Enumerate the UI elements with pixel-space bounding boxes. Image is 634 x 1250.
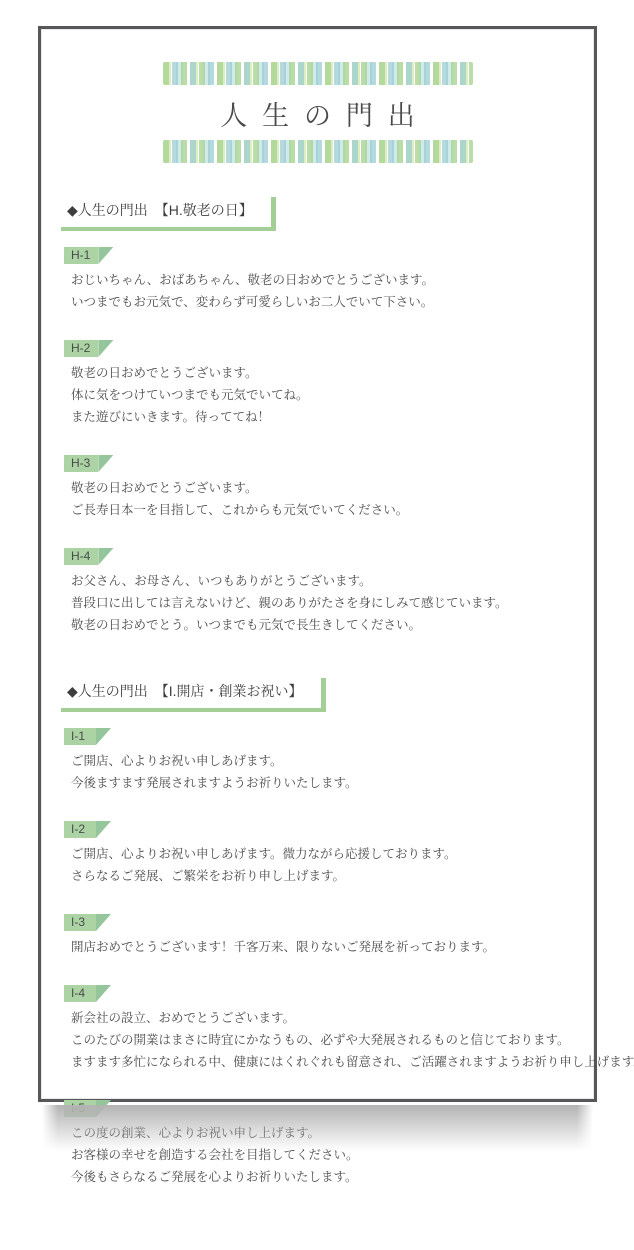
section-heading: ◆人生の門出 【I.開店・創業お祝い】	[61, 678, 326, 712]
section-heading: ◆人生の門出 【H.敬老の日】	[61, 197, 276, 231]
page-drop-shadow	[42, 1105, 593, 1151]
watercolor-stripe-band-bottom	[163, 140, 473, 163]
message-line: 体に気をつけていつまでも元気でいてね。	[71, 384, 582, 406]
message-line: ご開店、心よりお祝い申しあげます。	[71, 750, 582, 772]
message-badge: I-2	[64, 821, 96, 838]
message-line: いつまでもお元気で、変わらず可愛らしいお二人でいて下さい。	[71, 291, 582, 313]
message-block: I-2 ご開店、心よりお祝い申しあげます。微力ながら応援しております。 さらなる…	[64, 820, 582, 887]
message-line: お父さん、お母さん、いつもありがとうございます。	[71, 570, 582, 592]
message-block: I-4 新会社の設立、おめでとうございます。 このたびの開業はまさに時宜にかなう…	[64, 984, 582, 1073]
message-line: また遊びにいきます。待っててね！	[71, 406, 582, 428]
message-block: I-3 開店おめでとうございます！千客万来、限りないご発展を祈っております。	[64, 913, 582, 958]
message-line: 普段口に出しては言えないけど、親のありがたさを身にしみて感じています。	[71, 592, 582, 614]
message-badge: H-4	[64, 548, 98, 565]
page-content: 人生の門出 ◆人生の門出 【H.敬老の日】 H-1 おじいちゃん、おばあちゃん、…	[41, 62, 594, 1188]
section-keirou-no-hi: ◆人生の門出 【H.敬老の日】 H-1 おじいちゃん、おばあちゃん、敬老の日おめ…	[61, 163, 582, 636]
message-line: 敬老の日おめでとうございます。	[71, 477, 582, 499]
message-line: このたびの開業はまさに時宜にかなうもの、必ずや大発展されるものと信じております。	[71, 1029, 582, 1051]
message-line: ご長寿日本一を目指して、これからも元気でいてください。	[71, 499, 582, 521]
message-block: H-1 おじいちゃん、おばあちゃん、敬老の日おめでとうございます。 いつまでもお…	[64, 246, 582, 313]
message-line: 今後ますます発展されますようお祈りいたします。	[71, 772, 582, 794]
message-line: ますます多忙になられる中、健康にはくれぐれも留意され、ご活躍されますようお祈り申…	[71, 1051, 582, 1073]
message-block: H-2 敬老の日おめでとうございます。 体に気をつけていつまでも元気でいてね。 …	[64, 339, 582, 428]
message-line: 今後もさらなるご発展を心よりお祈りいたします。	[71, 1166, 582, 1188]
message-line: おじいちゃん、おばあちゃん、敬老の日おめでとうございます。	[71, 269, 582, 291]
message-line: 敬老の日おめでとうございます。	[71, 362, 582, 384]
message-badge: H-1	[64, 247, 98, 264]
message-block: H-3 敬老の日おめでとうございます。 ご長寿日本一を目指して、これからも元気で…	[64, 454, 582, 521]
message-badge: H-2	[64, 340, 98, 357]
message-line: 敬老の日おめでとう。いつまでも元気で長生きしてください。	[71, 614, 582, 636]
watercolor-stripe-band-top	[163, 62, 473, 85]
message-badge: I-4	[64, 985, 96, 1002]
page-title: 人生の門出	[53, 94, 582, 133]
message-line: ご開店、心よりお祝い申しあげます。微力ながら応援しております。	[71, 843, 582, 865]
message-line: 新会社の設立、おめでとうございます。	[71, 1007, 582, 1029]
message-block: H-4 お父さん、お母さん、いつもありがとうございます。 普段口に出しては言えな…	[64, 547, 582, 636]
message-line: さらなるご発展、ご繁栄をお祈り申し上げます。	[71, 865, 582, 887]
page-card: 人生の門出 ◆人生の門出 【H.敬老の日】 H-1 おじいちゃん、おばあちゃん、…	[38, 26, 597, 1102]
message-badge: H-3	[64, 455, 98, 472]
message-badge: I-3	[64, 914, 96, 931]
message-block: I-1 ご開店、心よりお祝い申しあげます。 今後ますます発展されますようお祈りい…	[64, 727, 582, 794]
message-line: 開店おめでとうございます！千客万来、限りないご発展を祈っております。	[71, 936, 582, 958]
message-badge: I-1	[64, 728, 96, 745]
